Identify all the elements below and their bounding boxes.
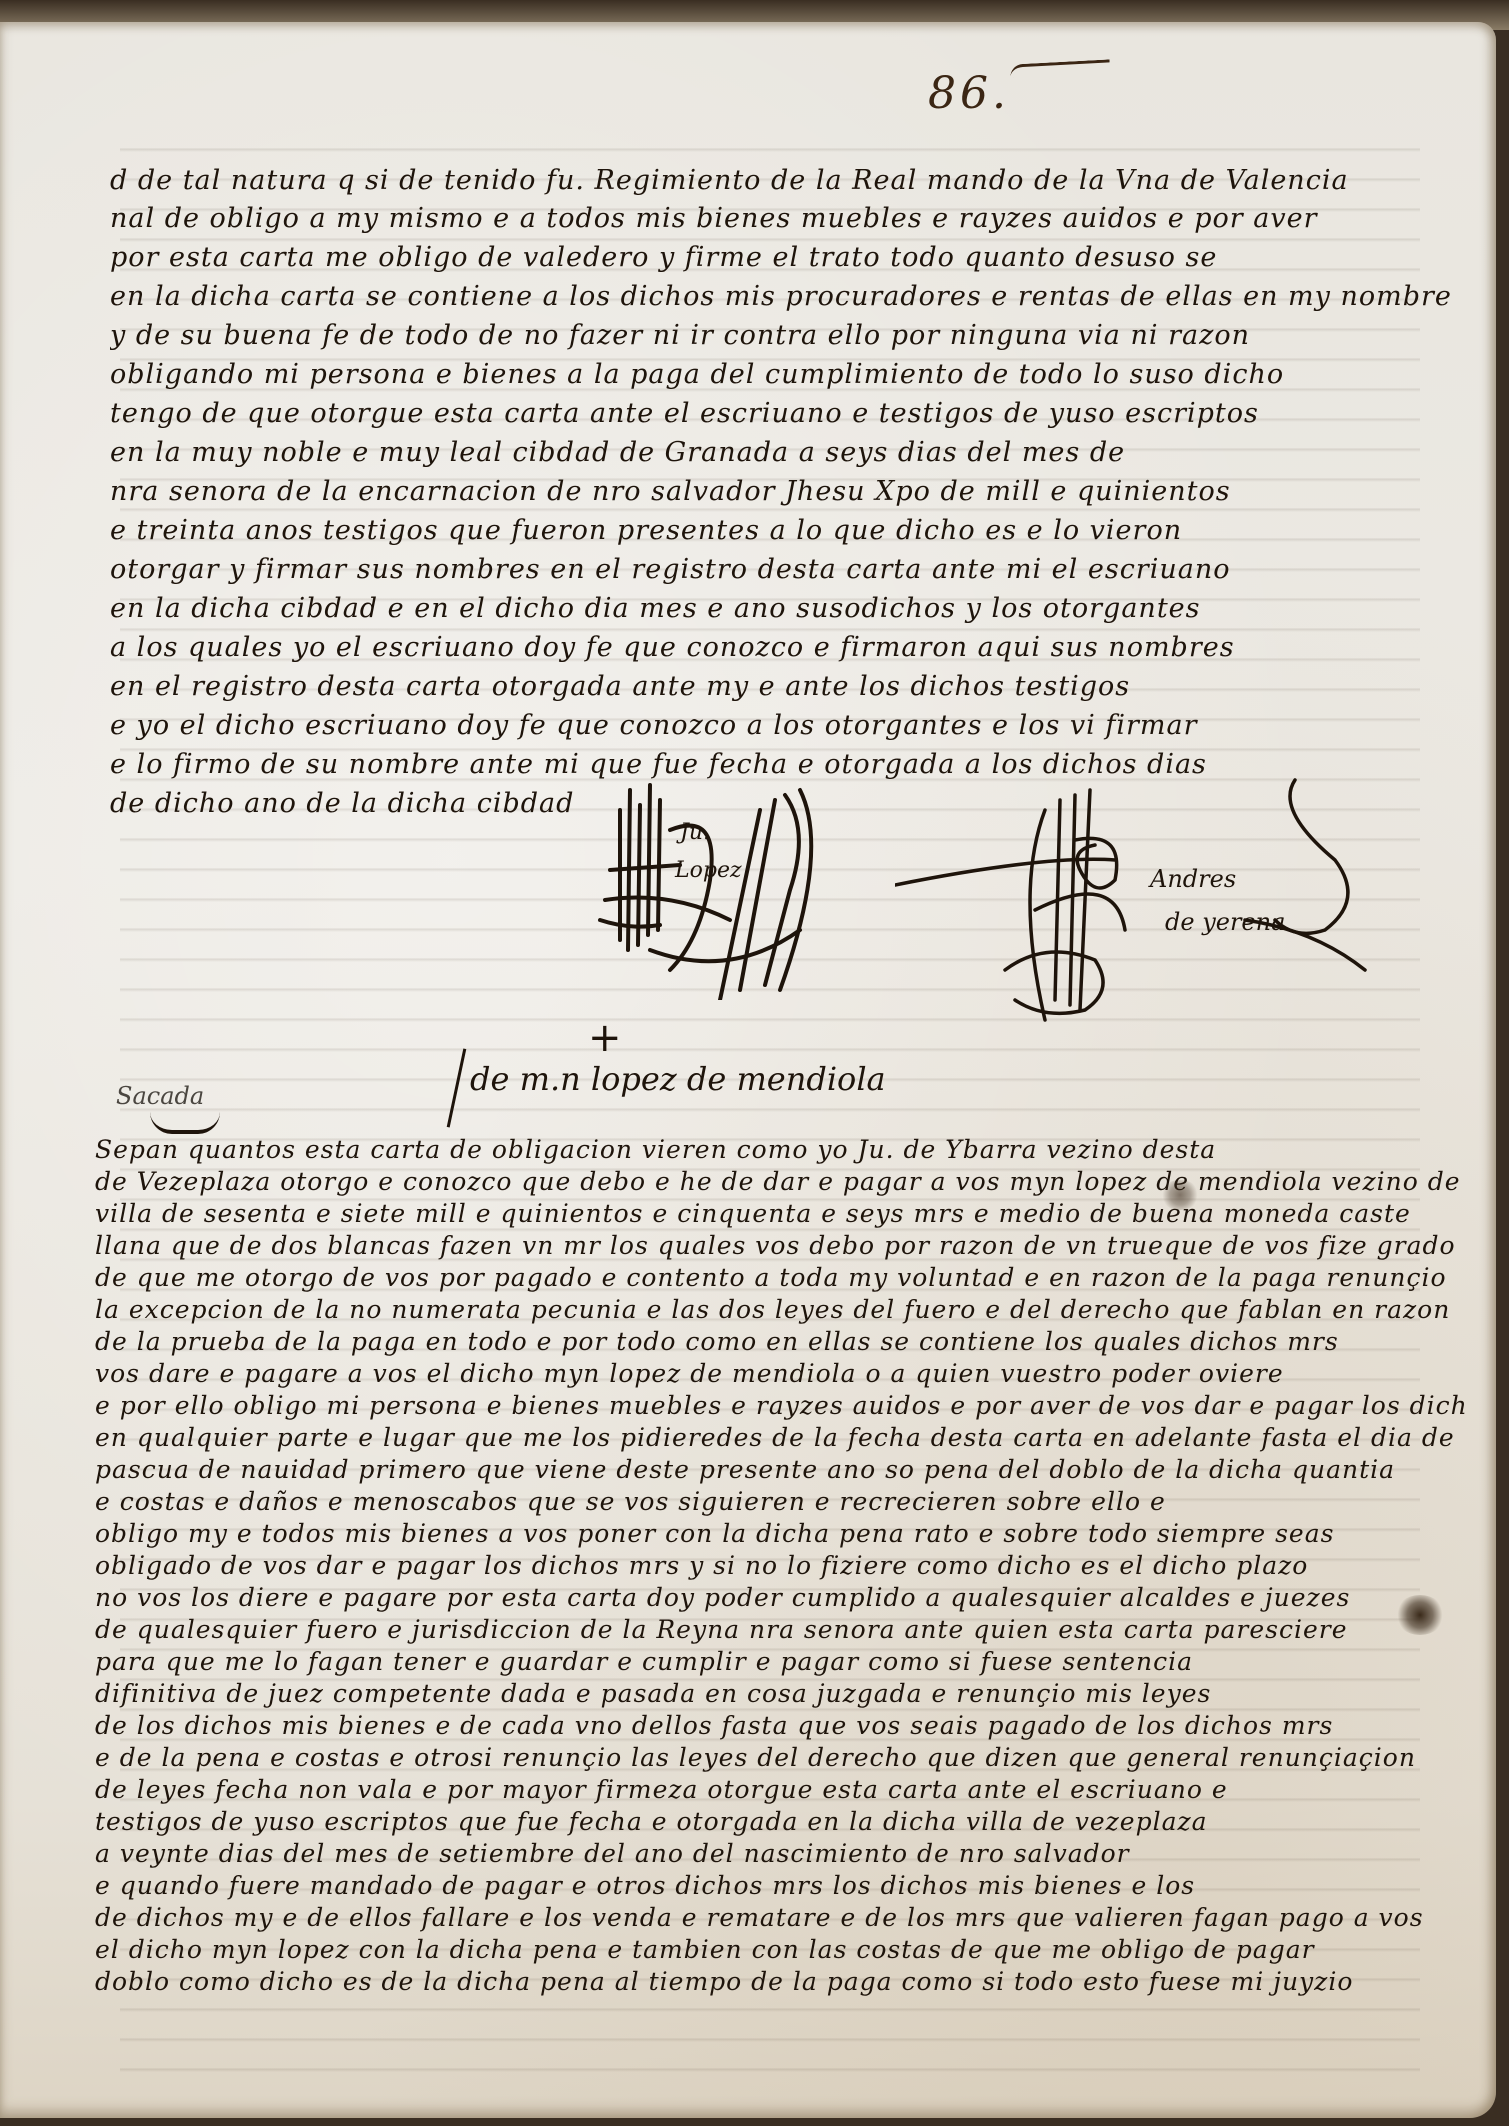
- section-heading: de m.n lopez de mendiola: [470, 1060, 886, 1098]
- text-line: el dicho myn lopez con la dicha pena e t…: [95, 1935, 1465, 1964]
- text-line: a los quales yo el escriuano doy fe que …: [110, 632, 1460, 663]
- text-line: en qualquier parte e lugar que me los pi…: [95, 1423, 1465, 1452]
- text-line: de que me otorgo de vos por pagado e con…: [95, 1263, 1465, 1292]
- text-line: vos dare e pagare a vos el dicho myn lop…: [95, 1359, 1465, 1388]
- signature-right-name-1: Andres: [1150, 865, 1236, 893]
- text-line: e costas e daños e menoscabos que se vos…: [95, 1487, 1465, 1516]
- ink-stain: [1395, 1595, 1445, 1635]
- margin-note: Sacada: [116, 1082, 204, 1110]
- signature-right: Andres de yerena: [895, 770, 1375, 1030]
- text-line: obligado de vos dar e pagar los dichos m…: [95, 1551, 1465, 1580]
- text-line: d de tal natura q si de tenido fu. Regim…: [110, 165, 1460, 196]
- text-line: testigos de yuso escriptos que fue fecha…: [95, 1807, 1465, 1836]
- text-line: pascua de nauidad primero que viene dest…: [95, 1455, 1465, 1484]
- text-line: e de la pena e costas e otrosi renunçio …: [95, 1743, 1465, 1772]
- text-line: nal de obligo a my mismo e a todos mis b…: [110, 203, 1460, 234]
- text-line: llana que de dos blancas fazen vn mr los…: [95, 1231, 1465, 1260]
- signature-flourish-icon: [590, 770, 890, 1000]
- text-line: para que me lo fagan tener e guardar e c…: [95, 1647, 1465, 1676]
- text-line: de leyes fecha non vala e por mayor firm…: [95, 1775, 1465, 1804]
- margin-flourish: [150, 1112, 220, 1134]
- folio-number: 86.: [928, 68, 1010, 119]
- text-line: otorgar y firmar sus nombres en el regis…: [110, 554, 1460, 585]
- signature-right-name-2: de yerena: [1165, 908, 1285, 936]
- text-line: la excepcion de la no numerata pecunia e…: [95, 1295, 1465, 1324]
- text-line: por esta carta me obligo de valedero y f…: [110, 242, 1460, 273]
- text-line: de los dichos mis bienes e de cada vno d…: [95, 1711, 1465, 1740]
- signature-left-name-1: Ju.: [680, 820, 710, 845]
- text-line: e por ello obligo mi persona e bienes mu…: [95, 1391, 1465, 1420]
- text-line: de dicho ano de la dicha cibdad: [110, 788, 610, 819]
- text-line: difinitiva de juez competente dada e pas…: [95, 1679, 1465, 1708]
- cross-mark: +: [588, 1015, 622, 1061]
- signature-left: Ju. Lopez: [590, 770, 890, 1000]
- text-line: en la dicha carta se contiene a los dich…: [110, 281, 1460, 312]
- text-line: a veynte dias del mes de setiembre del a…: [95, 1839, 1465, 1868]
- text-line: y de su buena fe de todo de no fazer ni …: [110, 320, 1460, 351]
- text-line: e quando fuere mandado de pagar e otros …: [95, 1871, 1465, 1900]
- text-line: de la prueba de la paga en todo e por to…: [95, 1327, 1465, 1356]
- text-line: e yo el dicho escriuano doy fe que conoz…: [110, 710, 1460, 741]
- text-line: de dichos my e de ellos fallare e los ve…: [95, 1903, 1465, 1932]
- text-line: tengo de que otorgue esta carta ante el …: [110, 398, 1460, 429]
- ink-stain: [1160, 1180, 1200, 1210]
- text-line: de Vezeplaza otorgo e conozco que debo e…: [95, 1167, 1465, 1196]
- text-line: e treinta anos testigos que fueron prese…: [110, 515, 1460, 546]
- text-line: obligando mi persona e bienes a la paga …: [110, 359, 1460, 390]
- text-line: en la muy noble e muy leal cibdad de Gra…: [110, 437, 1460, 468]
- text-line: obligo my e todos mis bienes a vos poner…: [95, 1519, 1465, 1548]
- text-line: de qualesquier fuero e jurisdiccion de l…: [95, 1615, 1465, 1644]
- signature-flourish-icon: [895, 770, 1375, 1030]
- text-line: villa de sesenta e siete mill e quinient…: [95, 1199, 1465, 1228]
- bottom-text-block: Sepan quantos esta carta de obligacion v…: [95, 1135, 1475, 2015]
- top-text-block: d de tal natura q si de tenido fu. Regim…: [110, 165, 1470, 845]
- signature-left-name-2: Lopez: [675, 858, 742, 883]
- text-line: nra senora de la encarnacion de nro salv…: [110, 476, 1460, 507]
- text-line: en el registro desta carta otorgada ante…: [110, 671, 1460, 702]
- text-line: no vos los diere e pagare por esta carta…: [95, 1583, 1465, 1612]
- text-line: doblo como dicho es de la dicha pena al …: [95, 1967, 1465, 1996]
- text-line: Sepan quantos esta carta de obligacion v…: [95, 1135, 1465, 1164]
- text-line: en la dicha cibdad e en el dicho dia mes…: [110, 593, 1460, 624]
